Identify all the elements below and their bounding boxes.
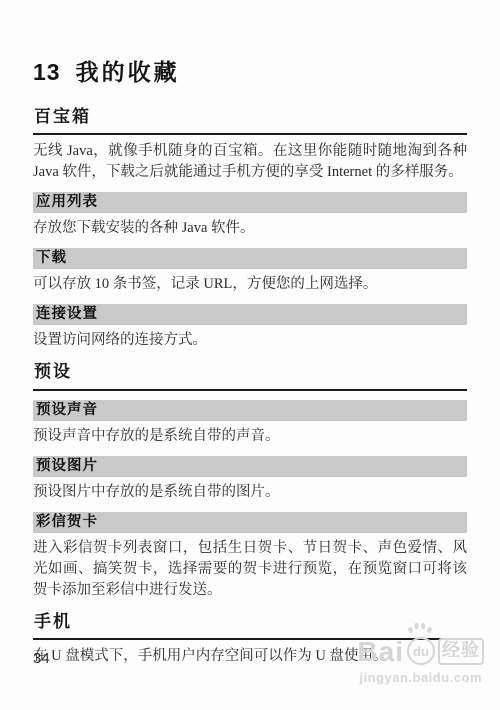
download-paragraph: 可以存放 10 条书签，记录 URL，方便您的上网选择。 <box>33 274 467 295</box>
page-number: 34 <box>33 650 50 667</box>
watermark-du-wrap: du <box>407 637 435 666</box>
chapter-number: 13 <box>33 59 61 85</box>
chapter-title-text: 我的收藏 <box>76 59 180 85</box>
preset-pictures-paragraph: 预设图片中存放的是系统自带的图片。 <box>33 482 467 503</box>
subsection-bar-download: 下载 <box>33 248 467 269</box>
subsection-bar-mms-greeting-cards: 彩信贺卡 <box>33 512 467 533</box>
watermark-du-text: du <box>407 637 435 665</box>
preset-sounds-paragraph: 预设声音中存放的是系统自带的声音。 <box>33 426 467 447</box>
paw-print-icon <box>405 622 435 639</box>
manual-page: 13我的收藏 百宝箱 无线 Java，就像手机随身的百宝箱。在这里你能随时随地淘… <box>0 0 500 710</box>
watermark-url: jingyan.baidu.com <box>357 670 484 685</box>
baidu-jingyan-watermark: Bai du 经验 jingyan.baidu.com <box>357 637 484 685</box>
subsection-bar-preset-sounds: 预设声音 <box>33 400 467 421</box>
subsection-bar-app-list: 应用列表 <box>33 192 467 213</box>
watermark-jingyan-text: 经验 <box>438 638 484 665</box>
subsection-bar-preset-pictures: 预设图片 <box>33 456 467 477</box>
subsection-bar-connection-settings: 连接设置 <box>33 304 467 325</box>
watermark-logo-row: Bai du 经验 <box>357 637 484 666</box>
chapter-title: 13我的收藏 <box>33 58 467 88</box>
mms-greeting-cards-paragraph: 进入彩信贺卡列表窗口，包括生日贺卡、节日贺卡、声色爱情、风光如画、搞笑贺卡，选择… <box>33 538 467 601</box>
section-heading-treasure-box: 百宝箱 <box>33 107 467 135</box>
watermark-bai-text: Bai <box>357 638 404 666</box>
section-heading-presets: 预设 <box>33 362 467 390</box>
treasure-box-intro-paragraph: 无线 Java，就像手机随身的百宝箱。在这里你能随时随地淘到各种 Java 软件… <box>33 141 467 183</box>
app-list-paragraph: 存放您下载安装的各种 Java 软件。 <box>33 218 467 239</box>
connection-settings-paragraph: 设置访问网络的连接方式。 <box>33 330 467 351</box>
page-content: 13我的收藏 百宝箱 无线 Java，就像手机随身的百宝箱。在这里你能随时随地淘… <box>0 0 500 667</box>
